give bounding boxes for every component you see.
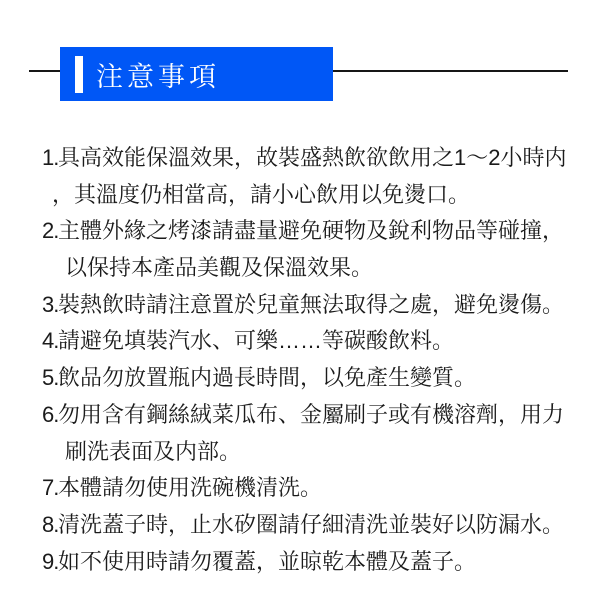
item-first-line: 1.具高效能保溫效果，故裝盛熱飲欲飲用之1～2小時内 xyxy=(42,140,594,177)
item-text: 如不使用時請勿覆蓋，並晾乾本體及蓋子。 xyxy=(58,549,476,574)
item-first-line: 9.如不使用時請勿覆蓋，並晾乾本體及蓋子。 xyxy=(42,544,594,581)
item-number: 7. xyxy=(42,470,58,507)
list-item: 8.清洗蓋子時，止水矽圈請仔細清洗並裝好以防漏水。 xyxy=(42,507,594,544)
item-text: 勿用含有鋼絲絨菜瓜布、金屬刷子或有機溶劑，用力 xyxy=(58,402,564,427)
item-first-line: 5.飲品勿放置瓶内過長時間，以免產生變質。 xyxy=(42,360,594,397)
item-first-line: 6.勿用含有鋼絲絨菜瓜布、金屬刷子或有機溶劑，用力 xyxy=(42,397,594,434)
list-item: 1.具高效能保溫效果，故裝盛熱飲欲飲用之1～2小時内，其溫度仍相當高，請小心飲用… xyxy=(42,140,594,213)
item-text: 主體外緣之烤漆請盡量避免硬物及銳利物品等碰撞， xyxy=(58,218,564,243)
item-first-line: 7.本體請勿使用洗碗機清洗。 xyxy=(42,470,594,507)
item-number: 9. xyxy=(42,544,58,581)
item-continuation-line: ，其溫度仍相當高，請小心飲用以免燙口。 xyxy=(42,177,594,214)
list-item: 5.飲品勿放置瓶内過長時間，以免產生變質。 xyxy=(42,360,594,397)
item-continuation-line: 刷洗表面及内部。 xyxy=(42,434,594,471)
item-first-line: 4.請避免填裝汽水、可樂……等碳酸飲料。 xyxy=(42,323,594,360)
item-number: 1. xyxy=(42,140,58,177)
item-first-line: 3.裝熱飲時請注意置於兒童無法取得之處，避免燙傷。 xyxy=(42,287,594,324)
item-number: 6. xyxy=(42,397,58,434)
item-text: 清洗蓋子時，止水矽圈請仔細清洗並裝好以防漏水。 xyxy=(58,512,564,537)
item-number: 3. xyxy=(42,287,58,324)
item-number: 4. xyxy=(42,323,58,360)
item-number: 5. xyxy=(42,360,58,397)
item-text: 請避免填裝汽水、可樂……等碳酸飲料。 xyxy=(58,328,454,353)
list-item: 3.裝熱飲時請注意置於兒童無法取得之處，避免燙傷。 xyxy=(42,287,594,324)
item-text: 飲品勿放置瓶内過長時間，以免產生變質。 xyxy=(58,365,476,390)
list-item: 6.勿用含有鋼絲絨菜瓜布、金屬刷子或有機溶劑，用力刷洗表面及内部。 xyxy=(42,397,594,470)
item-text: 具高效能保溫效果，故裝盛熱飲欲飲用之1～2小時内 xyxy=(58,145,566,170)
list-item: 4.請避免填裝汽水、可樂……等碳酸飲料。 xyxy=(42,323,594,360)
section-title-box: 注意事項 xyxy=(60,47,333,101)
section-title: 注意事項 xyxy=(96,55,220,94)
item-first-line: 2.主體外緣之烤漆請盡量避免硬物及銳利物品等碰撞， xyxy=(42,213,594,250)
item-first-line: 8.清洗蓋子時，止水矽圈請仔細清洗並裝好以防漏水。 xyxy=(42,507,594,544)
item-text: 裝熱飲時請注意置於兒童無法取得之處，避免燙傷。 xyxy=(58,292,564,317)
title-accent-bar xyxy=(75,56,83,93)
list-item: 9.如不使用時請勿覆蓋，並晾乾本體及蓋子。 xyxy=(42,544,594,581)
notice-page: 注意事項 1.具高效能保溫效果，故裝盛熱飲欲飲用之1～2小時内，其溫度仍相當高，… xyxy=(0,0,600,600)
list-item: 7.本體請勿使用洗碗機清洗。 xyxy=(42,470,594,507)
notes-list: 1.具高效能保溫效果，故裝盛熱飲欲飲用之1～2小時内，其溫度仍相當高，請小心飲用… xyxy=(42,140,594,580)
item-number: 8. xyxy=(42,507,58,544)
list-item: 2.主體外緣之烤漆請盡量避免硬物及銳利物品等碰撞，以保持本產品美觀及保溫效果。 xyxy=(42,213,594,286)
item-continuation-line: 以保持本產品美觀及保溫效果。 xyxy=(42,250,594,287)
item-number: 2. xyxy=(42,213,58,250)
item-text: 本體請勿使用洗碗機清洗。 xyxy=(58,475,322,500)
